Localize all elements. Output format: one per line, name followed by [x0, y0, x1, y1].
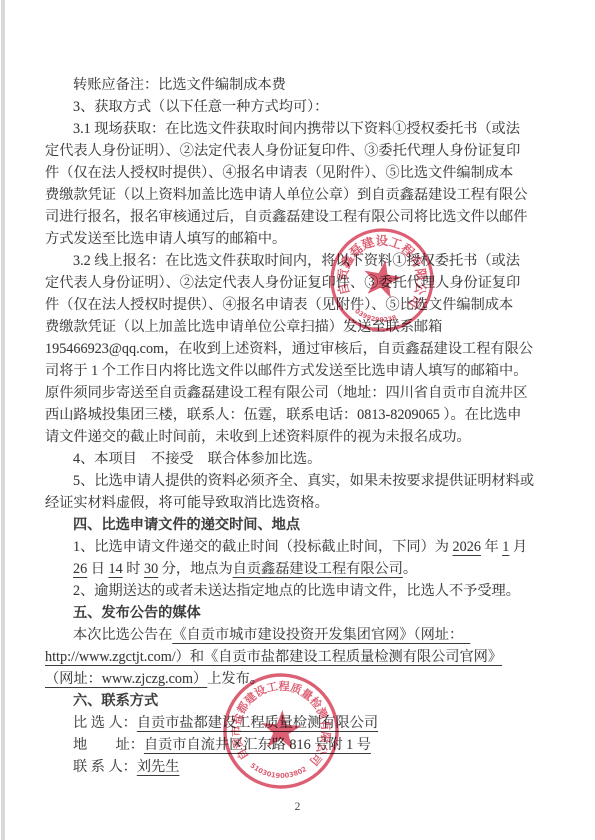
doc-line: 经证实材料虚假，将可能导致取消比选资格。: [45, 492, 561, 514]
doc-line: 5、比选申请人提供的资料必须齐全、真实，如果未按要求提供证明材料或: [45, 470, 561, 492]
text-run: 经证实材料虚假，将可能导致取消比选资格。: [45, 495, 329, 511]
doc-line: 转账应备注：比选文件编制成本费: [45, 74, 561, 96]
text-run: 3.1 现场获取：在比选文件获取时间内携带以下资料①授权委托书（或法: [73, 121, 520, 137]
company-seal-xinlei: 自贡鑫磊建设工程有限公司 0399298238: [310, 208, 454, 352]
underlined-text: 26: [73, 561, 87, 577]
doc-line: 方式发送至比选申请人填写的邮箱中。: [45, 228, 561, 250]
text-run: 。: [403, 561, 417, 577]
doc-line: 本次比选公告在《自贡市城市建设投资开发集团官网》（网址：: [45, 624, 561, 646]
underlined-text: 2026: [453, 539, 481, 555]
text-run: 时: [123, 561, 144, 577]
text-run: 年: [481, 539, 502, 555]
text-run: 司将于 1 个工作日内将比选文件以邮件方式发送至比选申请人填写的邮箱中。: [45, 363, 527, 379]
text-run: 件（仅在法人授权时提供）、④报名申请表（见附件）、⑤比选文件编制成本: [45, 165, 513, 181]
doc-line: 2、逾期送达的或者未送达指定地点的比选申请文件，比选人不予受理。: [45, 580, 561, 602]
text-run: 原件须同步寄送至自贡鑫磊建设工程有限公司（地址：四川省自贡市自流井区: [45, 385, 527, 401]
text-run: 本次比选公告在: [73, 627, 172, 643]
doc-line: 1、比选申请文件递交的截止时间（投标截止时间，下同）为 2026 年 1 月: [45, 536, 561, 558]
text-run: 5、比选申请人提供的资料必须齐全、真实，如果未按要求提供证明材料或: [73, 473, 534, 489]
text-run: 3、获取方式（以下任意一种方式均可）：: [73, 99, 328, 115]
doc-line: 司进行报名，报名审核通过后，自贡鑫磊建设工程有限公司将比选文件以邮件: [45, 206, 561, 228]
star-icon: [360, 257, 404, 299]
text-run: 请文件递交的截止时间前，未收到上述资料原件的视为未报名成功。: [45, 429, 471, 445]
text-run: 分，地点为: [158, 561, 233, 577]
text-run: 定代表人身份证明）、②法定代表人身份证复印件、③委托代理人身份证复印: [45, 143, 520, 159]
seal-number-text: 5103019003802: [248, 761, 309, 782]
text-run: 联 系 人：: [73, 759, 137, 775]
doc-line: 定代表人身份证明）、②法定代表人身份证复印件、③委托代理人身份证复印: [45, 140, 561, 162]
doc-line: 26 日 14 时 30 分，地点为自贡鑫磊建设工程有限公司。: [45, 558, 561, 580]
text-run: 2、逾期送达的或者未送达指定地点的比选申请文件，比选人不予受理。: [73, 583, 520, 599]
doc-line: 原件须同步寄送至自贡鑫磊建设工程有限公司（地址：四川省自贡市自流井区: [45, 382, 561, 404]
doc-line: 3.1 现场获取：在比选文件获取时间内携带以下资料①授权委托书（或法: [45, 118, 561, 140]
doc-line: 3.2 线上报名：在比选文件获取时间内，将以下资料①授权委托书（或法: [45, 250, 561, 272]
underlined-text: 30: [144, 561, 158, 577]
doc-line: 件（仅在法人授权时提供）、④报名申请表（见附件）、⑤比选文件编制成本: [45, 294, 561, 316]
underlined-text: 14: [108, 561, 122, 577]
text-run: 转账应备注：比选文件编制成本费: [73, 77, 286, 93]
text-run: 195466923@qq.com，在收到上述资料，通过审核后，自贡鑫磊建设工程有…: [45, 341, 533, 357]
text-run: 件（仅在法人授权时提供）、④报名申请表（见附件）、⑤比选文件编制成本: [45, 297, 513, 313]
underlined-text: 自贡鑫磊建设工程有限公司: [233, 561, 403, 577]
text-run: 日: [87, 561, 108, 577]
underlined-text: （网址：www.zjczg.com）: [45, 671, 207, 687]
text-run: 西山路城投集团三楼，联系人：伍霆，联系电话：0813-8209065 ）。在比选…: [45, 407, 521, 423]
underlined-text: 《自贡市城市建设投资开发集团官网》（网址：: [172, 627, 470, 643]
doc-line: 4、本项目 不接受 联合体参加比选。: [45, 448, 561, 470]
doc-line: 司将于 1 个工作日内将比选文件以邮件方式发送至比选申请人填写的邮箱中。: [45, 360, 561, 382]
text-run: 定代表人身份证明）、②法定代表人身份证复印件、③委托代理人身份证复印: [45, 275, 520, 291]
text-run: 地 址：: [73, 737, 144, 753]
text-run: 费缴款凭证（以上资料加盖比选申请人单位公章）到自贡鑫磊建设工程有限公: [45, 187, 527, 203]
scanned-document-page: 转账应备注：比选文件编制成本费3、获取方式（以下任意一种方式均可）：3.1 现场…: [0, 0, 595, 840]
doc-line: 定代表人身份证明）、②法定代表人身份证复印件、③委托代理人身份证复印: [45, 272, 561, 294]
scan-edge: [1, 0, 5, 840]
text-run: 1、比选申请文件递交的截止时间（投标截止时间，下同）为: [73, 539, 453, 555]
doc-line: 费缴款凭证（以上加盖比选申请单位公章扫描）发送至联系邮箱: [45, 316, 561, 338]
text-run: 司进行报名，报名审核通过后，自贡鑫磊建设工程有限公司将比选文件以邮件: [45, 209, 527, 225]
text-run: 方式发送至比选申请人填写的邮箱中。: [45, 231, 286, 247]
doc-line: 195466923@qq.com，在收到上述资料，通过审核后，自贡鑫磊建设工程有…: [45, 338, 561, 360]
text-run: 五、发布公告的媒体: [73, 605, 201, 621]
text-run: 四、比选申请文件的递交时间、地点: [73, 517, 300, 533]
doc-line: 五、发布公告的媒体: [45, 602, 561, 624]
text-run: 月: [509, 539, 527, 555]
text-run: 4、本项目 不接受 联合体参加比选。: [73, 451, 321, 467]
text-run: 六、联系方式: [73, 693, 158, 709]
doc-line: 3、获取方式（以下任意一种方式均可）：: [45, 96, 561, 118]
page-number: 2: [0, 801, 595, 813]
text-run: 比 选 人：: [73, 715, 137, 731]
doc-line: 西山路城投集团三楼，联系人：伍霆，联系电话：0813-8209065 ）。在比选…: [45, 404, 561, 426]
text-run: 3.2 线上报名：在比选文件获取时间内，将以下资料①授权委托书（或法: [73, 253, 520, 269]
doc-line: 费缴款凭证（以上资料加盖比选申请人单位公章）到自贡鑫磊建设工程有限公: [45, 184, 561, 206]
doc-line: 请文件递交的截止时间前，未收到上述资料原件的视为未报名成功。: [45, 426, 561, 448]
company-seal-yandu: 自贡市盐都建设工程质量检测有限公司 5103019003802: [206, 656, 355, 805]
doc-line: 件（仅在法人授权时提供）、④报名申请表（见附件）、⑤比选文件编制成本: [45, 162, 561, 184]
doc-line: 四、比选申请文件的递交时间、地点: [45, 514, 561, 536]
underlined-text: 刘先生: [137, 759, 180, 775]
star-icon: [260, 709, 303, 750]
